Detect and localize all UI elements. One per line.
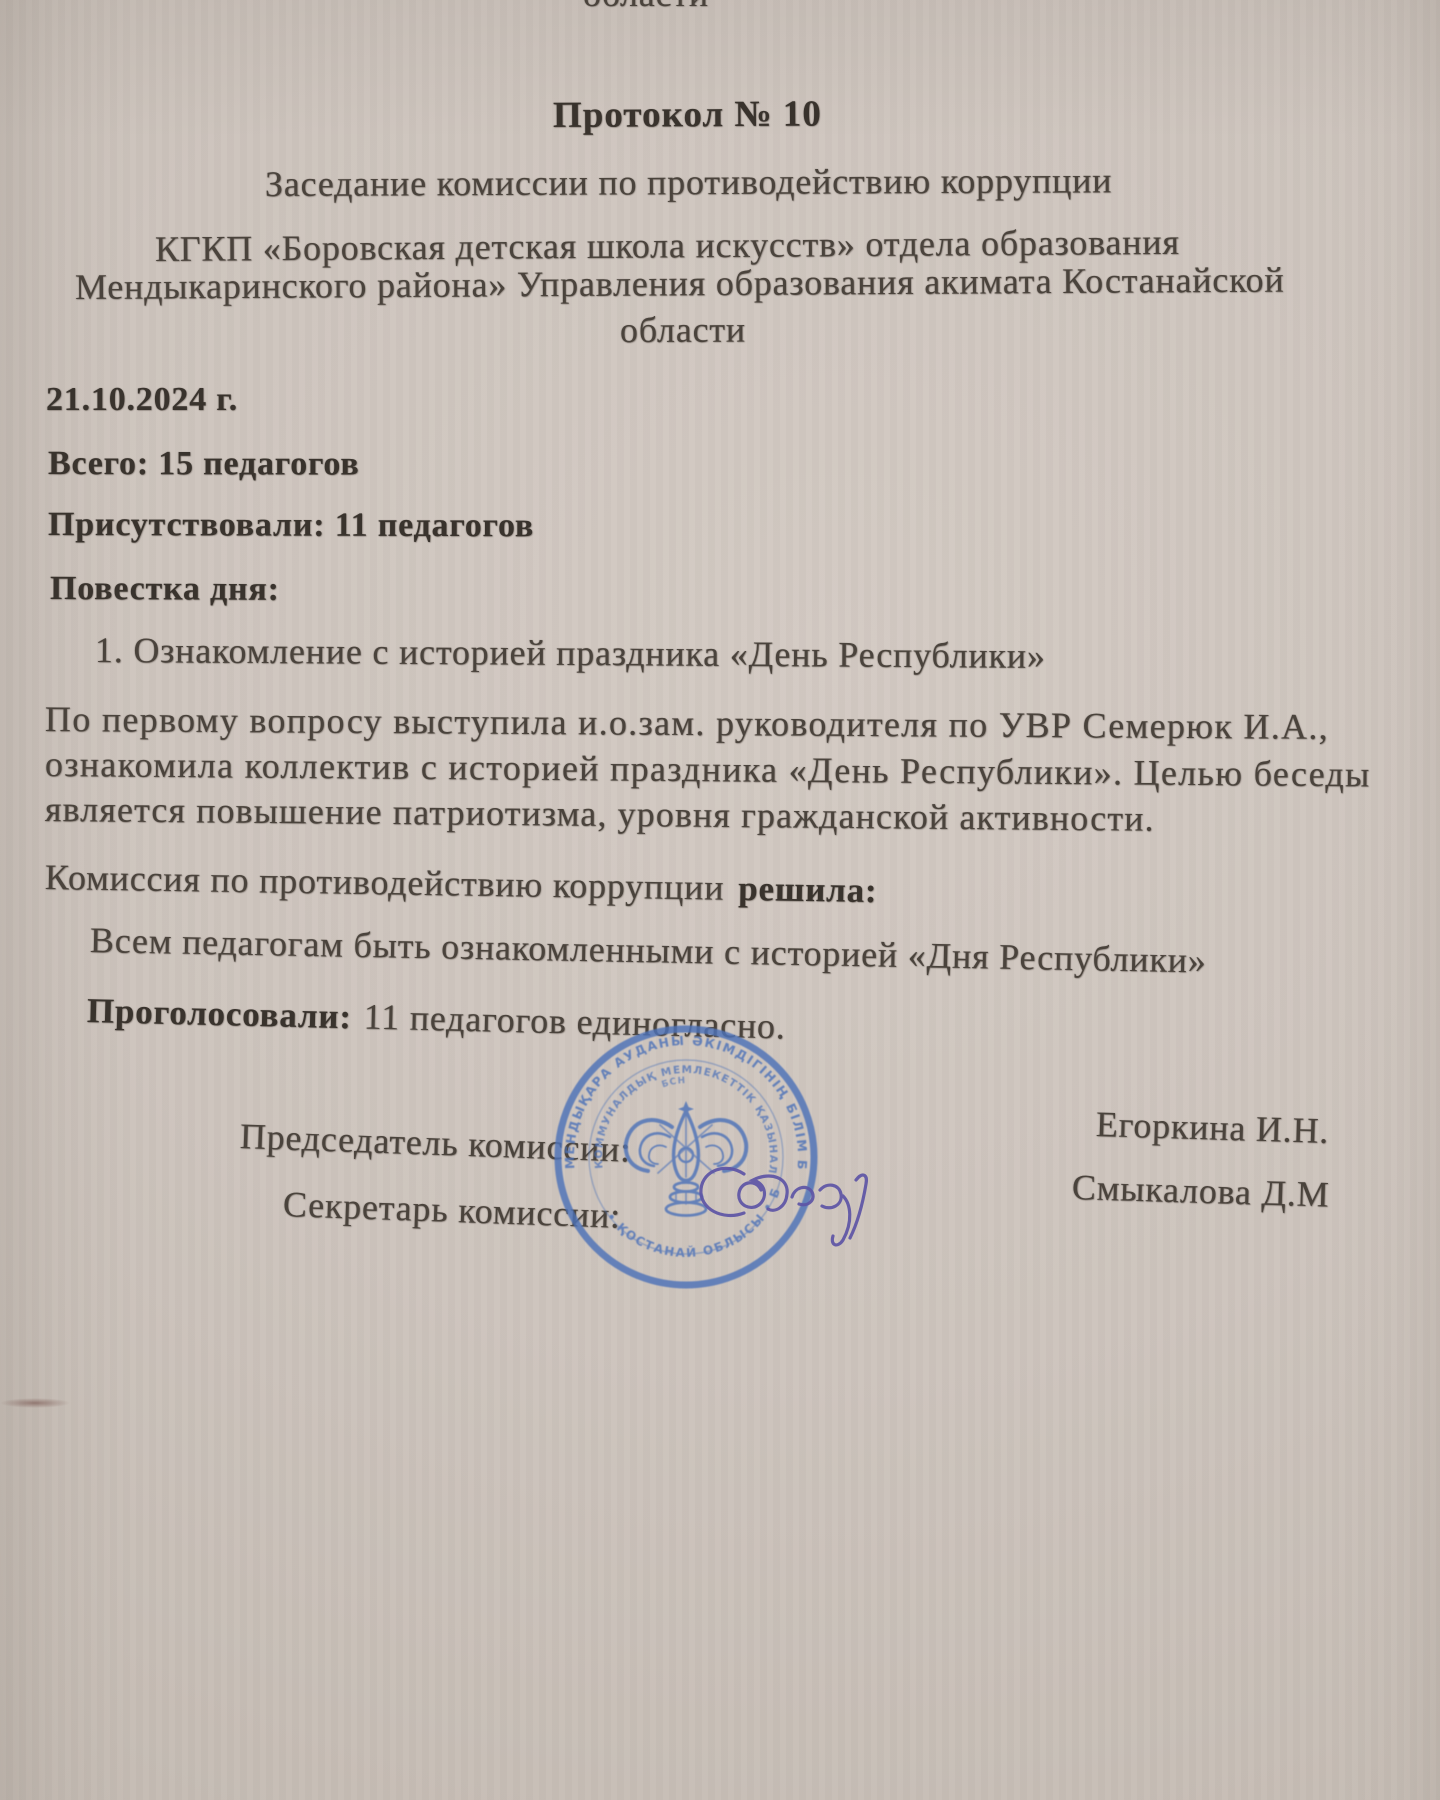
photo-edge-smudge: [0, 1398, 70, 1408]
signature-ink: [0, 0, 1440, 1800]
document-photo: области Протокол № 10 Заседание комиссии…: [0, 0, 1440, 1800]
